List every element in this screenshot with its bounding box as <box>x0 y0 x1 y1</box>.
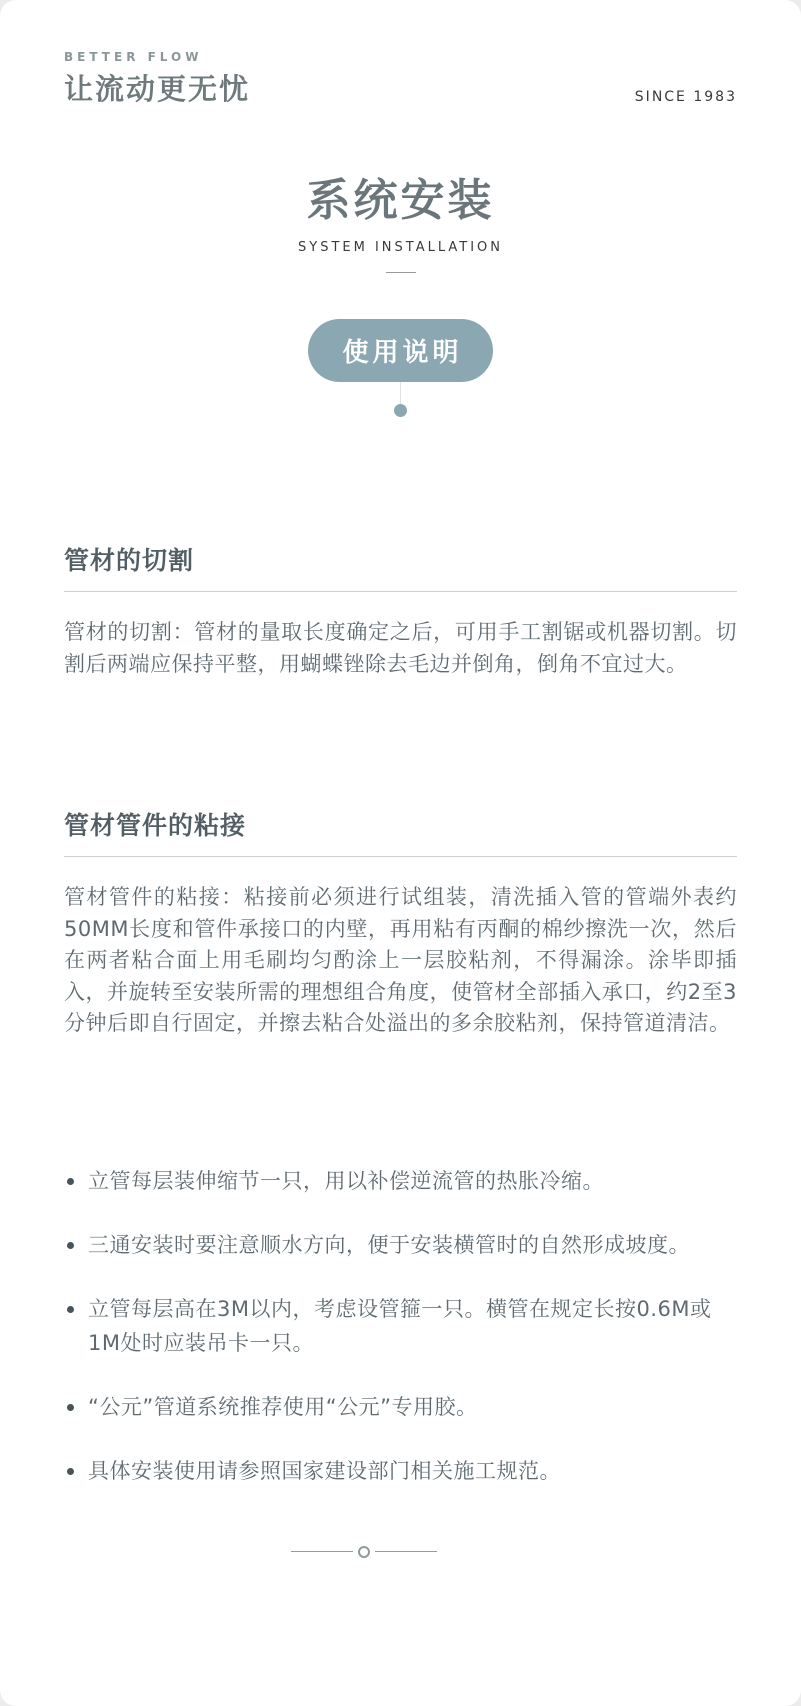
usage-badge-assembly: 使用说明 <box>0 319 801 417</box>
list-item: “公元”管道系统推荐使用“公元”专用胶。 <box>64 1390 737 1424</box>
circle-divider-icon <box>358 1546 370 1558</box>
note-text: 具体安装使用请参照国家建设部门相关施工规范。 <box>88 1459 561 1483</box>
bullet-dot-icon <box>67 1468 74 1475</box>
divider-line-right <box>375 1551 437 1552</box>
list-item: 具体安装使用请参照国家建设部门相关施工规范。 <box>64 1454 737 1488</box>
badge-dot-icon <box>394 404 407 417</box>
bullet-dot-icon <box>67 1404 74 1411</box>
section-pipe-cutting: 管材的切割 管材的切割：管材的量取长度确定之后，可用手工割锯或机器切割。切割后两… <box>64 541 737 680</box>
section-heading: 管材管件的粘接 <box>64 806 737 842</box>
brand-since-label: SINCE 1983 <box>635 89 737 108</box>
title-block: 系统安装 SYSTEM INSTALLATION <box>0 164 801 273</box>
list-item: 立管每层高在3M以内，考虑设管箍一只。横管在规定长按0.6M或1M处时应装吊卡一… <box>64 1292 737 1360</box>
note-text: “公元”管道系统推荐使用“公元”专用胶。 <box>88 1395 478 1419</box>
header-bar: BETTER FLOW 让流动更无忧 SINCE 1983 <box>0 0 801 108</box>
brand-tagline: BETTER FLOW <box>64 50 250 64</box>
title-dash-divider <box>386 272 416 273</box>
brand-logo-text: 让流动更无忧 <box>64 67 250 108</box>
note-text: 立管每层装伸缩节一只，用以补偿逆流管的热胀冷缩。 <box>88 1169 604 1193</box>
section-rule <box>64 856 737 857</box>
section-pipe-bonding: 管材管件的粘接 管材管件的粘接：粘接前必须进行试组装，清洗插入管的管端外表约50… <box>64 806 737 1040</box>
note-text: 立管每层高在3M以内，考虑设管箍一只。横管在规定长按0.6M或1M处时应装吊卡一… <box>88 1297 712 1355</box>
usage-badge: 使用说明 <box>308 319 492 382</box>
page-background: BETTER FLOW 让流动更无忧 SINCE 1983 系统安装 SYSTE… <box>0 0 801 1706</box>
list-item: 立管每层装伸缩节一只，用以补偿逆流管的热胀冷缩。 <box>64 1164 737 1198</box>
page-title: 系统安装 <box>0 164 801 228</box>
note-text: 三通安装时要注意顺水方向，便于安装横管时的自然形成坡度。 <box>88 1233 690 1257</box>
section-body-text: 管材管件的粘接：粘接前必须进行试组装，清洗插入管的管端外表约50MM长度和管件承… <box>64 882 737 1040</box>
bullet-dot-icon <box>67 1178 74 1185</box>
badge-connector-line <box>400 382 401 404</box>
brand-logo: BETTER FLOW 让流动更无忧 <box>64 50 250 108</box>
section-body-text: 管材的切割：管材的量取长度确定之后，可用手工割锯或机器切割。切割后两端应保持平整… <box>64 617 737 680</box>
section-heading: 管材的切割 <box>64 541 737 577</box>
divider-line-left <box>291 1551 353 1552</box>
section-rule <box>64 591 737 592</box>
list-item: 三通安装时要注意顺水方向，便于安装横管时的自然形成坡度。 <box>64 1228 737 1262</box>
installation-notes-list: 立管每层装伸缩节一只，用以补偿逆流管的热胀冷缩。 三通安装时要注意顺水方向，便于… <box>64 1164 737 1488</box>
bullet-dot-icon <box>67 1306 74 1313</box>
content-card: BETTER FLOW 让流动更无忧 SINCE 1983 系统安装 SYSTE… <box>0 0 801 1706</box>
bottom-divider <box>291 1546 437 1558</box>
page-subtitle: SYSTEM INSTALLATION <box>0 240 801 255</box>
bullet-dot-icon <box>67 1242 74 1249</box>
